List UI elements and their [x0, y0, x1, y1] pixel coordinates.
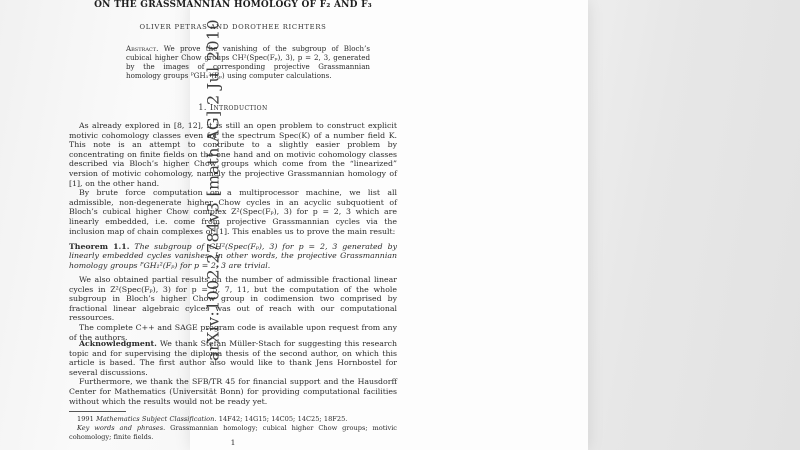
acknowledgment: Acknowledgment. We thank Stefan Müller-S… — [69, 339, 397, 406]
intro-block-2: We also obtained partial results on the … — [69, 275, 397, 342]
section-heading: 1. Introduction — [69, 103, 397, 113]
msc-footnote: 1991 Mathematics Subject Classification.… — [69, 415, 397, 424]
screenshot-root: { "page": { "arxiv_stamp": "arXiv:1002.2… — [0, 0, 800, 450]
intro-paragraph-3: We also obtained partial results on the … — [69, 275, 397, 323]
abstract-label: Abstract. — [126, 44, 158, 53]
page-number: 1 — [69, 438, 397, 448]
keywords-label: Key words and phrases. — [77, 424, 165, 432]
paper-title: ON THE GRASSMANNIAN HOMOLOGY OF F₂ AND F… — [69, 1, 397, 11]
intro-paragraph-1: As already explored in [8, 12], it is st… — [69, 121, 397, 188]
abstract: Abstract. We prove the vanishing of the … — [126, 44, 370, 80]
acknowledgment-paragraph: Acknowledgment. We thank Stefan Müller-S… — [69, 339, 397, 377]
text-column: ON THE GRASSMANNIAN HOMOLOGY OF F₂ AND F… — [69, 0, 397, 450]
theorem-label: Theorem 1.1. — [69, 242, 129, 251]
intro-block-1: As already explored in [8, 12], it is st… — [69, 121, 397, 236]
intro-paragraph-2: By brute force computation on a multipro… — [69, 188, 397, 236]
msc-label: Mathematics Subject Classification. — [96, 415, 216, 423]
msc-codes: 14F42; 14G15; 14C05; 14C25; 18F25. — [217, 415, 348, 423]
paper-authors: OLIVER PETRAS AND DOROTHEE RICHTERS — [69, 23, 397, 33]
footnote-rule — [69, 411, 126, 412]
acknowledgment-label: Acknowledgment. — [79, 339, 157, 348]
acknowledgment-paragraph-2: Furthermore, we thank the SFB/TR 45 for … — [69, 377, 397, 406]
abstract-text: We prove the vanishing of the subgroup o… — [126, 44, 370, 80]
msc-year: 1991 — [77, 415, 96, 423]
theorem-1-1: Theorem 1.1. The subgroup of CH²(Spec(Fₚ… — [69, 242, 397, 270]
